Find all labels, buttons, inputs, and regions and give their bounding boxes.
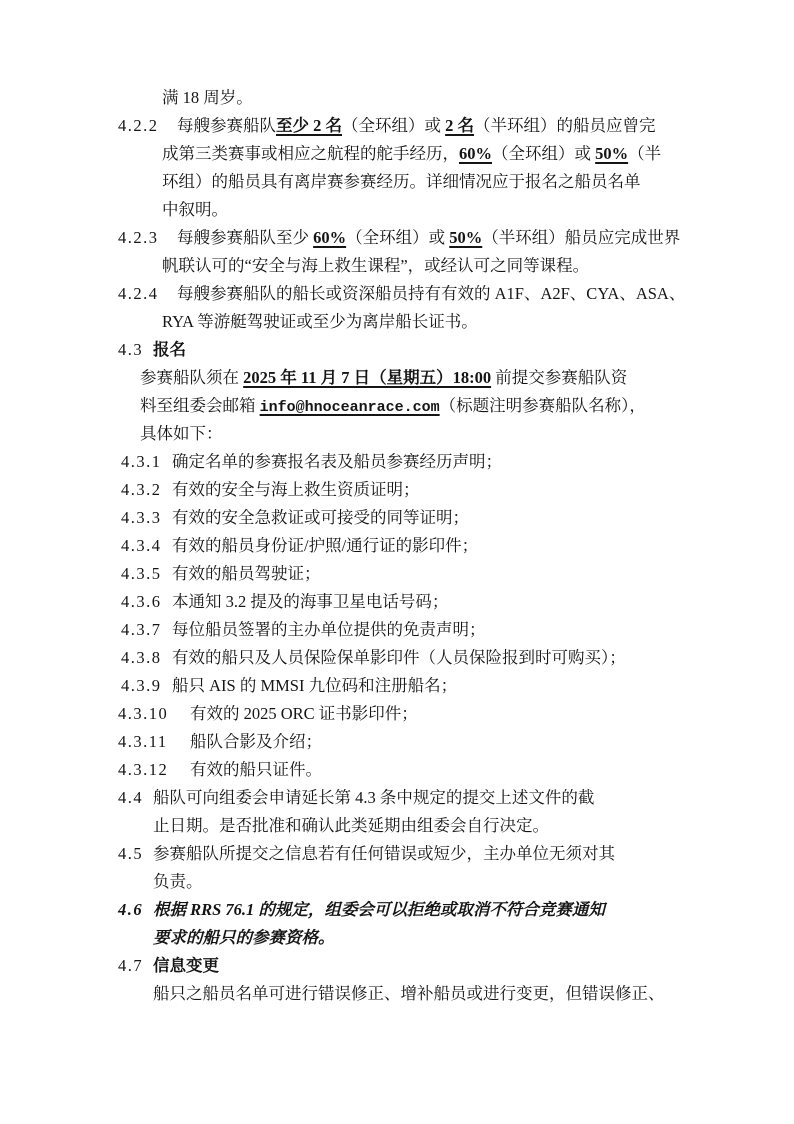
line-text: 船队可向组委会申请延长第 4.3 条中规定的提交上述文件的截 [153,784,594,812]
line-text: 参赛船队须在 2025 年 11 月 7 日（星期五）18:00 前提交参赛船队… [140,364,627,392]
doc-line: 成第三类赛事或相应之航程的舵手经历，60%（全环组）或 50%（半 [0,140,794,168]
line-text: 有效的船只证件。 [190,756,322,784]
item-number: 4.4 [118,784,143,812]
item-number: 4.3.7 [121,616,162,644]
doc-line: 负责。 [0,868,794,896]
line-text: 成第三类赛事或相应之航程的舵手经历，60%（全环组）或 50%（半 [162,140,661,168]
doc-line-4.3.12: 4.3.12有效的船只证件。 [0,756,794,784]
line-text: 止日期。是否批准和确认此类延期由组委会自行决定。 [153,812,549,840]
doc-line-4.6: 4.6根据 RRS 76.1 的规定，组委会可以拒绝或取消不符合竞赛通知 [0,896,794,924]
line-text: 参赛船队所提交之信息若有任何错误或短少，主办单位无须对其 [153,840,615,868]
doc-line-4.2.4: 4.2.4每艘参赛船队的船长或资深船员持有有效的 A1F、A2F、CYA、ASA… [0,280,794,308]
document-page: 满 18 周岁。4.2.2每艘参赛船队至少 2 名（全环组）或 2 名（半环组）… [0,0,794,1124]
item-number: 4.6 [118,896,143,924]
doc-line-4.3.9: 4.3.9船只 AIS 的 MMSI 九位码和注册船名； [0,672,794,700]
doc-line: RYA 等游艇驾驶证或至少为离岸船长证书。 [0,308,794,336]
item-number: 4.3.2 [121,476,162,504]
line-text: 具体如下： [140,420,223,448]
line-text: 每位船员签署的主办单位提供的免责声明； [172,616,486,644]
line-text: 满 18 周岁。 [162,84,253,112]
item-number: 4.2.2 [118,112,159,140]
doc-line-4.3.2: 4.3.2有效的安全与海上救生资质证明； [0,476,794,504]
doc-line-4.3.5: 4.3.5有效的船员驾驶证； [0,560,794,588]
line-text: 有效的安全与海上救生资质证明； [172,476,420,504]
item-number: 4.3.3 [121,504,162,532]
item-number: 4.3.8 [121,644,162,672]
line-text: 每艘参赛船队至少 60%（全环组）或 50%（半环组）船员应完成世界 [177,224,680,252]
item-number: 4.3.9 [121,672,162,700]
item-number: 4.3.10 [118,700,168,728]
item-number: 4.3.1 [121,448,162,476]
line-text: 有效的船员驾驶证； [172,560,321,588]
doc-line-4.7: 4.7信息变更 [0,952,794,980]
line-text: 有效的 2025 ORC 证书影印件； [190,700,418,728]
doc-line: 参赛船队须在 2025 年 11 月 7 日（星期五）18:00 前提交参赛船队… [0,364,794,392]
line-text: 中叙明。 [162,196,228,224]
line-text: 本通知 3.2 提及的海事卫星电话号码； [172,588,448,616]
doc-line-4.3.4: 4.3.4有效的船员身份证/护照/通行证的影印件； [0,532,794,560]
line-text: 负责。 [153,868,203,896]
doc-line: 满 18 周岁。 [0,84,794,112]
doc-line-4.4: 4.4船队可向组委会申请延长第 4.3 条中规定的提交上述文件的截 [0,784,794,812]
doc-line-4.5: 4.5参赛船队所提交之信息若有任何错误或短少，主办单位无须对其 [0,840,794,868]
line-text: 船只之船员名单可进行错误修正、增补船员或进行变更，但错误修正、 [153,980,665,1008]
item-number: 4.2.3 [118,224,159,252]
item-number: 4.3.6 [121,588,162,616]
line-text: 船只 AIS 的 MMSI 九位码和注册船名； [172,672,457,700]
line-text: 每艘参赛船队的船长或资深船员持有有效的 A1F、A2F、CYA、ASA、 [177,280,685,308]
doc-line-4.3.3: 4.3.3有效的安全急救证或可接受的同等证明； [0,504,794,532]
doc-line-4.3.10: 4.3.10有效的 2025 ORC 证书影印件； [0,700,794,728]
item-number: 4.3.12 [118,756,168,784]
doc-line-4.2.2: 4.2.2每艘参赛船队至少 2 名（全环组）或 2 名（半环组）的船员应曾完 [0,112,794,140]
line-text: 有效的安全急救证或可接受的同等证明； [172,504,469,532]
line-text: 信息变更 [153,952,219,980]
doc-line-4.3.7: 4.3.7每位船员签署的主办单位提供的免责声明； [0,616,794,644]
doc-line: 要求的船只的参赛资格。 [0,924,794,952]
line-text: 有效的船只及人员保险保单影印件（人员保险报到时可购买）； [172,644,626,672]
doc-line: 船只之船员名单可进行错误修正、增补船员或进行变更，但错误修正、 [0,980,794,1008]
item-number: 4.3.11 [118,728,168,756]
item-number: 4.5 [118,840,143,868]
item-number: 4.3.5 [121,560,162,588]
item-number: 4.3 [118,336,143,364]
line-text: 确定名单的参赛报名表及船员参赛经历声明； [172,448,502,476]
line-text: RYA 等游艇驾驶证或至少为离岸船长证书。 [162,308,478,336]
line-text: 有效的船员身份证/护照/通行证的影印件； [172,532,478,560]
doc-line: 中叙明。 [0,196,794,224]
doc-line: 具体如下： [0,420,794,448]
line-text: 每艘参赛船队至少 2 名（全环组）或 2 名（半环组）的船员应曾完 [177,112,656,140]
doc-line: 帆联认可的“安全与海上救生课程”，或经认可之同等课程。 [0,252,794,280]
doc-line: 止日期。是否批准和确认此类延期由组委会自行决定。 [0,812,794,840]
line-text: 要求的船只的参赛资格。 [153,924,335,952]
doc-line-4.3: 4.3报名 [0,336,794,364]
doc-line: 环组）的船员具有离岸赛参赛经历。详细情况应于报名之船员名单 [0,168,794,196]
doc-line: 料至组委会邮箱 info@hnoceanrace.com（标题注明参赛船队名称）… [0,392,794,420]
line-text: 报名 [153,336,186,364]
line-text: 根据 RRS 76.1 的规定，组委会可以拒绝或取消不符合竞赛通知 [153,896,605,924]
line-text: 环组）的船员具有离岸赛参赛经历。详细情况应于报名之船员名单 [162,168,641,196]
doc-line-4.3.11: 4.3.11船队合影及介绍； [0,728,794,756]
doc-line-4.3.8: 4.3.8有效的船只及人员保险保单影印件（人员保险报到时可购买）； [0,644,794,672]
item-number: 4.7 [118,952,143,980]
line-text: 料至组委会邮箱 info@hnoceanrace.com（标题注明参赛船队名称）… [140,392,646,422]
item-number: 4.3.4 [121,532,162,560]
item-number: 4.2.4 [118,280,159,308]
line-text: 船队合影及介绍； [190,728,322,756]
doc-line-4.3.1: 4.3.1确定名单的参赛报名表及船员参赛经历声明； [0,448,794,476]
doc-line-4.3.6: 4.3.6本通知 3.2 提及的海事卫星电话号码； [0,588,794,616]
line-text: 帆联认可的“安全与海上救生课程”，或经认可之同等课程。 [162,252,589,280]
doc-line-4.2.3: 4.2.3每艘参赛船队至少 60%（全环组）或 50%（半环组）船员应完成世界 [0,224,794,252]
